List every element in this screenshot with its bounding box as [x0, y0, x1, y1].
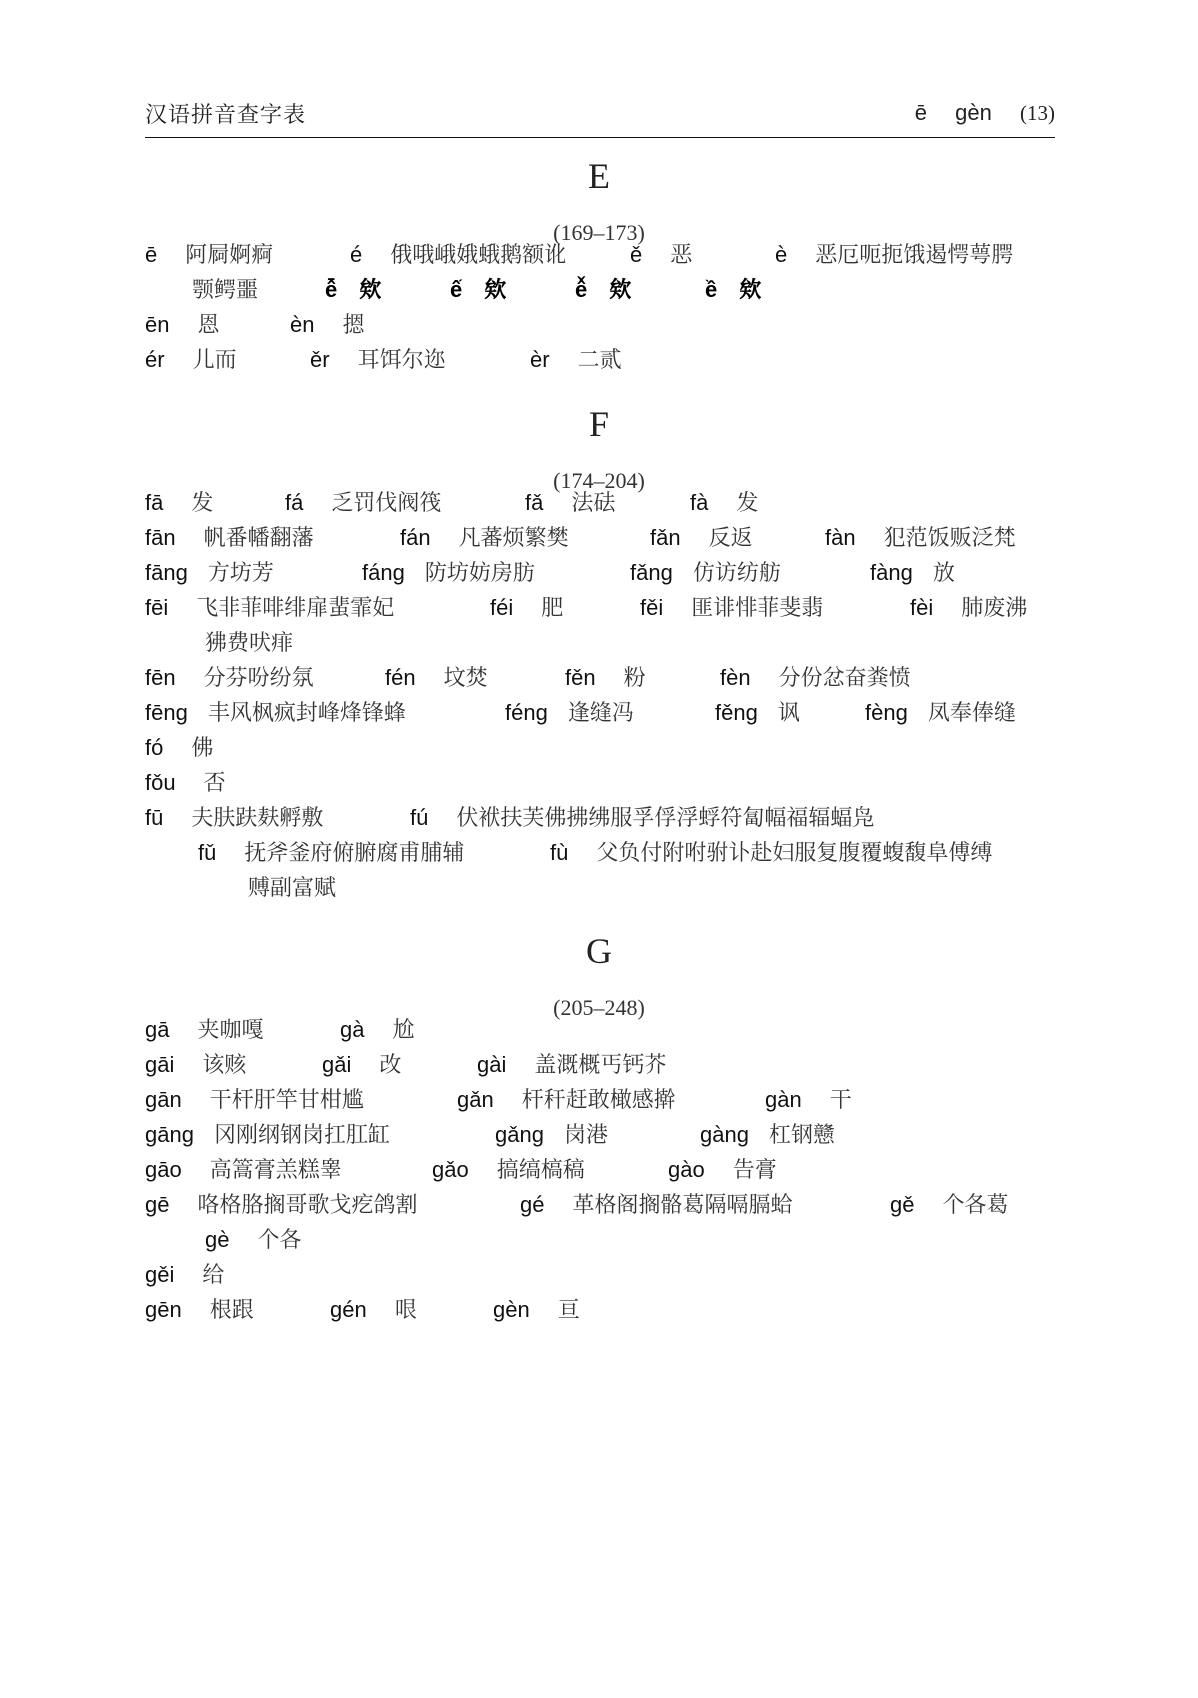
hanzi-characters: 杆秆赶敢橄感擀: [522, 1083, 676, 1119]
page-header: 汉语拼音查字表 ē gèn (13): [145, 98, 1055, 138]
pinyin-entry: gāng冈刚纲钢岗扛肛缸: [145, 1117, 390, 1153]
hanzi-characters: 肺废沸: [961, 591, 1027, 627]
hanzi-characters: 俄哦峨娥蛾鹅额讹: [390, 238, 566, 274]
pinyin-entry: fáng防坊妨房肪: [362, 555, 535, 591]
pinyin-entry: fǎ法砝: [525, 485, 615, 521]
pinyin-entry: gěi给: [145, 1257, 224, 1293]
header-range: ē gèn (13): [893, 100, 1055, 126]
pinyin-entry: fěi匪诽悱菲斐翡: [640, 590, 823, 626]
hanzi-characters: 干杆肝竿甘柑尴: [210, 1083, 364, 1119]
pinyin-syllable: gài: [477, 1047, 506, 1083]
pinyin-entry: gǎn杆秆赶敢橄感擀: [457, 1082, 676, 1118]
pinyin-syllable: ēn: [145, 307, 169, 343]
pinyin-entry: gà尬: [340, 1012, 415, 1048]
pinyin-syllable: ē: [145, 237, 157, 273]
pinyin-syllable: gā: [145, 1012, 169, 1048]
hanzi-characters: 该赅: [202, 1048, 246, 1084]
pinyin-entry: ê̌欸: [575, 272, 631, 308]
pinyin-entry: fèn分份忿奋粪愤: [720, 660, 911, 696]
pinyin-entry: ê̄欸: [325, 272, 381, 308]
hanzi-characters: 丰风枫疯封峰烽锋蜂: [208, 696, 406, 732]
hanzi-characters: 恶: [670, 238, 692, 274]
hanzi-characters: 干: [830, 1083, 852, 1119]
pinyin-entry: gàn干: [765, 1082, 852, 1118]
hanzi-characters: 夫肤趺麸孵敷: [191, 801, 323, 837]
pinyin-entry: fèi肺废沸: [910, 590, 1027, 626]
pinyin-entry: èr二贰: [530, 342, 622, 378]
pinyin-entry: fāng方坊芳: [145, 555, 274, 591]
pinyin-entry: 赙副富赋: [248, 870, 336, 906]
pinyin-syllable: fén: [385, 660, 416, 696]
section-letter: F: [0, 403, 1198, 445]
pinyin-entry: féng逢缝冯: [505, 695, 634, 731]
pinyin-entry: gǎi改: [322, 1047, 401, 1083]
pinyin-entry: ěr耳饵尔迩: [310, 342, 446, 378]
pinyin-syllable: gào: [668, 1152, 705, 1188]
pinyin-syllable: gèn: [493, 1292, 530, 1328]
pinyin-entry: è恶厄呃扼饿遏愕萼腭: [775, 237, 1013, 273]
pinyin-entry: gāi该赅: [145, 1047, 246, 1083]
pinyin-entry: féi肥: [490, 590, 563, 626]
hanzi-characters: 法砝: [571, 486, 615, 522]
pinyin-entry: fàng放: [870, 555, 955, 591]
hanzi-characters: 匪诽悱菲斐翡: [691, 591, 823, 627]
range-end: gèn: [955, 100, 992, 125]
hanzi-characters: 仿访纺舫: [693, 556, 781, 592]
pinyin-entry: gǎo搞缟槁稿: [432, 1152, 585, 1188]
hanzi-characters: 狒费吠痱: [205, 626, 293, 662]
pinyin-entry: gén哏: [330, 1292, 417, 1328]
pinyin-entry: 颚鳄噩: [192, 272, 258, 308]
pinyin-syllable: gěi: [145, 1257, 174, 1293]
pinyin-entry: fó佛: [145, 730, 213, 766]
pinyin-syllable: gén: [330, 1292, 367, 1328]
pinyin-syllable: fàn: [825, 520, 856, 556]
pinyin-entry: gēn根跟: [145, 1292, 254, 1328]
pinyin-entry: gǎng岗港: [495, 1117, 608, 1153]
hanzi-characters: 反返: [709, 521, 753, 557]
pinyin-syllable: ê̄: [325, 272, 337, 308]
pinyin-syllable: fáng: [362, 555, 405, 591]
pinyin-entry: fǒu否: [145, 765, 226, 801]
pinyin-syllable: gān: [145, 1082, 182, 1118]
pinyin-entry: fǎng仿访纺舫: [630, 555, 781, 591]
pinyin-syllable: féi: [490, 590, 513, 626]
hanzi-characters: 凤奉俸缝: [928, 696, 1016, 732]
pinyin-entry: fěng讽: [715, 695, 800, 731]
pinyin-syllable: gǎo: [432, 1152, 469, 1188]
pinyin-syllable: fǎn: [650, 520, 681, 556]
hanzi-characters: 飞非菲啡绯扉蜚霏妃: [196, 591, 394, 627]
pinyin-entry: ề欸: [705, 272, 761, 308]
pinyin-entry: fān帆番幡翻藩: [145, 520, 314, 556]
hanzi-characters: 欸: [739, 273, 761, 309]
pinyin-entry: èn摁: [290, 307, 365, 343]
pinyin-entry: gài盖溉概丐钙芥: [477, 1047, 666, 1083]
hanzi-characters: 分份忿奋粪愤: [779, 661, 911, 697]
hanzi-characters: 根跟: [210, 1293, 254, 1329]
pinyin-entry: gào告膏: [668, 1152, 777, 1188]
hanzi-characters: 伏袱扶芙佛拂绋服孚俘浮蜉符匐幅福辐蝠凫: [456, 801, 874, 837]
hanzi-characters: 粉: [624, 661, 646, 697]
pinyin-entry: fā发: [145, 485, 213, 521]
hanzi-characters: 发: [736, 486, 758, 522]
pinyin-entry: fàn犯范饭贩泛梵: [825, 520, 1016, 556]
pinyin-syllable: fó: [145, 730, 163, 766]
hanzi-characters: 岗港: [564, 1118, 608, 1154]
pinyin-syllable: fèn: [720, 660, 751, 696]
hanzi-characters: 欸: [359, 273, 381, 309]
pinyin-syllable: èr: [530, 342, 550, 378]
hanzi-characters: 搞缟槁稿: [497, 1153, 585, 1189]
pinyin-syllable: fàng: [870, 555, 913, 591]
hanzi-characters: 佛: [191, 731, 213, 767]
pinyin-entry: fǎn反返: [650, 520, 753, 556]
hanzi-characters: 阿屙婀痾: [185, 238, 273, 274]
hanzi-characters: 抚斧釜府俯腑腐甫脯辅: [244, 836, 464, 872]
hanzi-characters: 个各: [257, 1223, 301, 1259]
hanzi-characters: 冈刚纲钢岗扛肛缸: [214, 1118, 390, 1154]
hanzi-characters: 分芬吩纷氛: [204, 661, 314, 697]
pinyin-syllable: gàn: [765, 1082, 802, 1118]
pinyin-entry: gē咯格胳搁哥歌戈疙鸽割: [145, 1187, 418, 1223]
hanzi-characters: 耳饵尔迩: [358, 343, 446, 379]
pinyin-syllable: fēn: [145, 660, 176, 696]
pinyin-syllable: fěn: [565, 660, 596, 696]
pinyin-syllable: gǎng: [495, 1117, 544, 1153]
hanzi-characters: 欸: [484, 273, 506, 309]
pinyin-syllable: ế: [450, 272, 462, 308]
pinyin-syllable: fǎ: [525, 485, 543, 521]
hanzi-characters: 逢缝冯: [568, 696, 634, 732]
pinyin-syllable: fǎng: [630, 555, 673, 591]
hanzi-characters: 赙副富赋: [248, 871, 336, 907]
pinyin-syllable: fù: [550, 835, 568, 871]
pinyin-entry: gàng杠钢戆: [700, 1117, 835, 1153]
hanzi-characters: 放: [933, 556, 955, 592]
pinyin-entry: ēn恩: [145, 307, 220, 343]
pinyin-syllable: fěi: [640, 590, 663, 626]
hanzi-characters: 肥: [541, 591, 563, 627]
hanzi-characters: 乏罚伐阀筏: [331, 486, 441, 522]
dictionary-page: 汉语拼音查字表 ē gèn (13) E(169–173)ē阿屙婀痾é俄哦峨娥蛾…: [0, 0, 1198, 1698]
hanzi-characters: 恩: [197, 308, 219, 344]
pinyin-entry: fán凡蕃烦繁樊: [400, 520, 569, 556]
pinyin-entry: gé革格阁搁骼葛隔嗝膈蛤: [520, 1187, 793, 1223]
pinyin-syllable: fèng: [865, 695, 908, 731]
hanzi-characters: 摁: [342, 308, 364, 344]
pinyin-entry: fēn分芬吩纷氛: [145, 660, 314, 696]
header-title: 汉语拼音查字表: [145, 98, 306, 129]
pinyin-syllable: fāng: [145, 555, 188, 591]
hanzi-characters: 方坊芳: [208, 556, 274, 592]
pinyin-syllable: fèi: [910, 590, 933, 626]
pinyin-syllable: fán: [400, 520, 431, 556]
pinyin-syllable: fěng: [715, 695, 758, 731]
pinyin-syllable: fā: [145, 485, 163, 521]
hanzi-characters: 恶厄呃扼饿遏愕萼腭: [815, 238, 1013, 274]
header-rule: [145, 137, 1055, 138]
pinyin-syllable: gāi: [145, 1047, 174, 1083]
hanzi-characters: 犯范饭贩泛梵: [884, 521, 1016, 557]
hanzi-characters: 夹咖嘎: [197, 1013, 263, 1049]
pinyin-syllable: fǒu: [145, 765, 176, 801]
hanzi-characters: 欸: [609, 273, 631, 309]
pinyin-syllable: ê̌: [575, 272, 587, 308]
hanzi-characters: 盖溉概丐钙芥: [534, 1048, 666, 1084]
hanzi-characters: 防坊妨房肪: [425, 556, 535, 592]
pinyin-entry: fá乏罚伐阀筏: [285, 485, 441, 521]
hanzi-characters: 帆番幡翻藩: [204, 521, 314, 557]
pinyin-entry: fà发: [690, 485, 758, 521]
hanzi-characters: 高篙膏羔糕睾: [210, 1153, 342, 1189]
hanzi-characters: 哏: [395, 1293, 417, 1329]
pinyin-syllable: ě: [630, 237, 642, 273]
hanzi-characters: 颚鳄噩: [192, 273, 258, 309]
hanzi-characters: 发: [191, 486, 213, 522]
pinyin-entry: fù父负付附咐驸讣赴妇服复腹覆蝮馥阜傅缚: [550, 835, 992, 871]
pinyin-entry: é俄哦峨娥蛾鹅额讹: [350, 237, 566, 273]
page-number: (13): [1020, 101, 1055, 125]
pinyin-entry: fēng丰风枫疯封峰烽锋蜂: [145, 695, 406, 731]
hanzi-characters: 咯格胳搁哥歌戈疙鸽割: [197, 1188, 417, 1224]
pinyin-syllable: fān: [145, 520, 176, 556]
hanzi-characters: 改: [379, 1048, 401, 1084]
hanzi-characters: 坟焚: [444, 661, 488, 697]
pinyin-entry: fǔ抚斧釜府俯腑腐甫脯辅: [198, 835, 464, 871]
range-start: ē: [915, 100, 927, 125]
pinyin-entry: gèn亘: [493, 1292, 580, 1328]
hanzi-characters: 父负付附咐驸讣赴妇服复腹覆蝮馥阜傅缚: [596, 836, 992, 872]
hanzi-characters: 二贰: [578, 343, 622, 379]
pinyin-syllable: féng: [505, 695, 548, 731]
pinyin-syllable: fà: [690, 485, 708, 521]
pinyin-syllable: gà: [340, 1012, 364, 1048]
pinyin-entry: gāo高篙膏羔糕睾: [145, 1152, 342, 1188]
pinyin-entry: 狒费吠痱: [205, 625, 293, 661]
hanzi-characters: 给: [202, 1258, 224, 1294]
pinyin-syllable: fú: [410, 800, 428, 836]
pinyin-syllable: gàng: [700, 1117, 749, 1153]
pinyin-syllable: gě: [890, 1187, 914, 1223]
pinyin-syllable: é: [350, 237, 362, 273]
pinyin-entry: ě恶: [630, 237, 692, 273]
hanzi-characters: 个各葛: [942, 1188, 1008, 1224]
hanzi-characters: 革格阁搁骼葛隔嗝膈蛤: [572, 1188, 792, 1224]
pinyin-syllable: fǔ: [198, 835, 216, 871]
hanzi-characters: 讽: [778, 696, 800, 732]
hanzi-characters: 否: [204, 766, 226, 802]
pinyin-syllable: èn: [290, 307, 314, 343]
pinyin-entry: fèng凤奉俸缝: [865, 695, 1016, 731]
pinyin-entry: fū夫肤趺麸孵敷: [145, 800, 323, 836]
pinyin-syllable: gǎi: [322, 1047, 351, 1083]
hanzi-characters: 杠钢戆: [769, 1118, 835, 1154]
pinyin-entry: gě个各葛: [890, 1187, 1009, 1223]
pinyin-entry: gā夹咖嘎: [145, 1012, 264, 1048]
pinyin-syllable: gēn: [145, 1292, 182, 1328]
pinyin-syllable: gāng: [145, 1117, 194, 1153]
pinyin-entry: gān干杆肝竿甘柑尴: [145, 1082, 364, 1118]
hanzi-characters: 亘: [558, 1293, 580, 1329]
pinyin-entry: fén坟焚: [385, 660, 488, 696]
hanzi-characters: 凡蕃烦繁樊: [459, 521, 569, 557]
pinyin-syllable: fū: [145, 800, 163, 836]
pinyin-syllable: ér: [145, 342, 165, 378]
pinyin-entry: fú伏袱扶芙佛拂绋服孚俘浮蜉符匐幅福辐蝠凫: [410, 800, 874, 836]
pinyin-entry: ér儿而: [145, 342, 237, 378]
pinyin-syllable: gè: [205, 1222, 229, 1258]
pinyin-syllable: gé: [520, 1187, 544, 1223]
section-letter: E: [0, 155, 1198, 197]
pinyin-syllable: ề: [705, 272, 717, 308]
pinyin-syllable: gǎn: [457, 1082, 494, 1118]
pinyin-syllable: fá: [285, 485, 303, 521]
pinyin-syllable: ěr: [310, 342, 330, 378]
pinyin-entry: ế欸: [450, 272, 506, 308]
section-letter: G: [0, 930, 1198, 972]
pinyin-entry: fěn粉: [565, 660, 646, 696]
pinyin-syllable: fēng: [145, 695, 188, 731]
hanzi-characters: 儿而: [193, 343, 237, 379]
pinyin-syllable: è: [775, 237, 787, 273]
hanzi-characters: 告膏: [733, 1153, 777, 1189]
pinyin-syllable: fēi: [145, 590, 168, 626]
pinyin-entry: gè个各: [205, 1222, 302, 1258]
hanzi-characters: 尬: [392, 1013, 414, 1049]
pinyin-entry: fēi飞非菲啡绯扉蜚霏妃: [145, 590, 394, 626]
pinyin-entry: ē阿屙婀痾: [145, 237, 273, 273]
pinyin-syllable: gāo: [145, 1152, 182, 1188]
pinyin-syllable: gē: [145, 1187, 169, 1223]
